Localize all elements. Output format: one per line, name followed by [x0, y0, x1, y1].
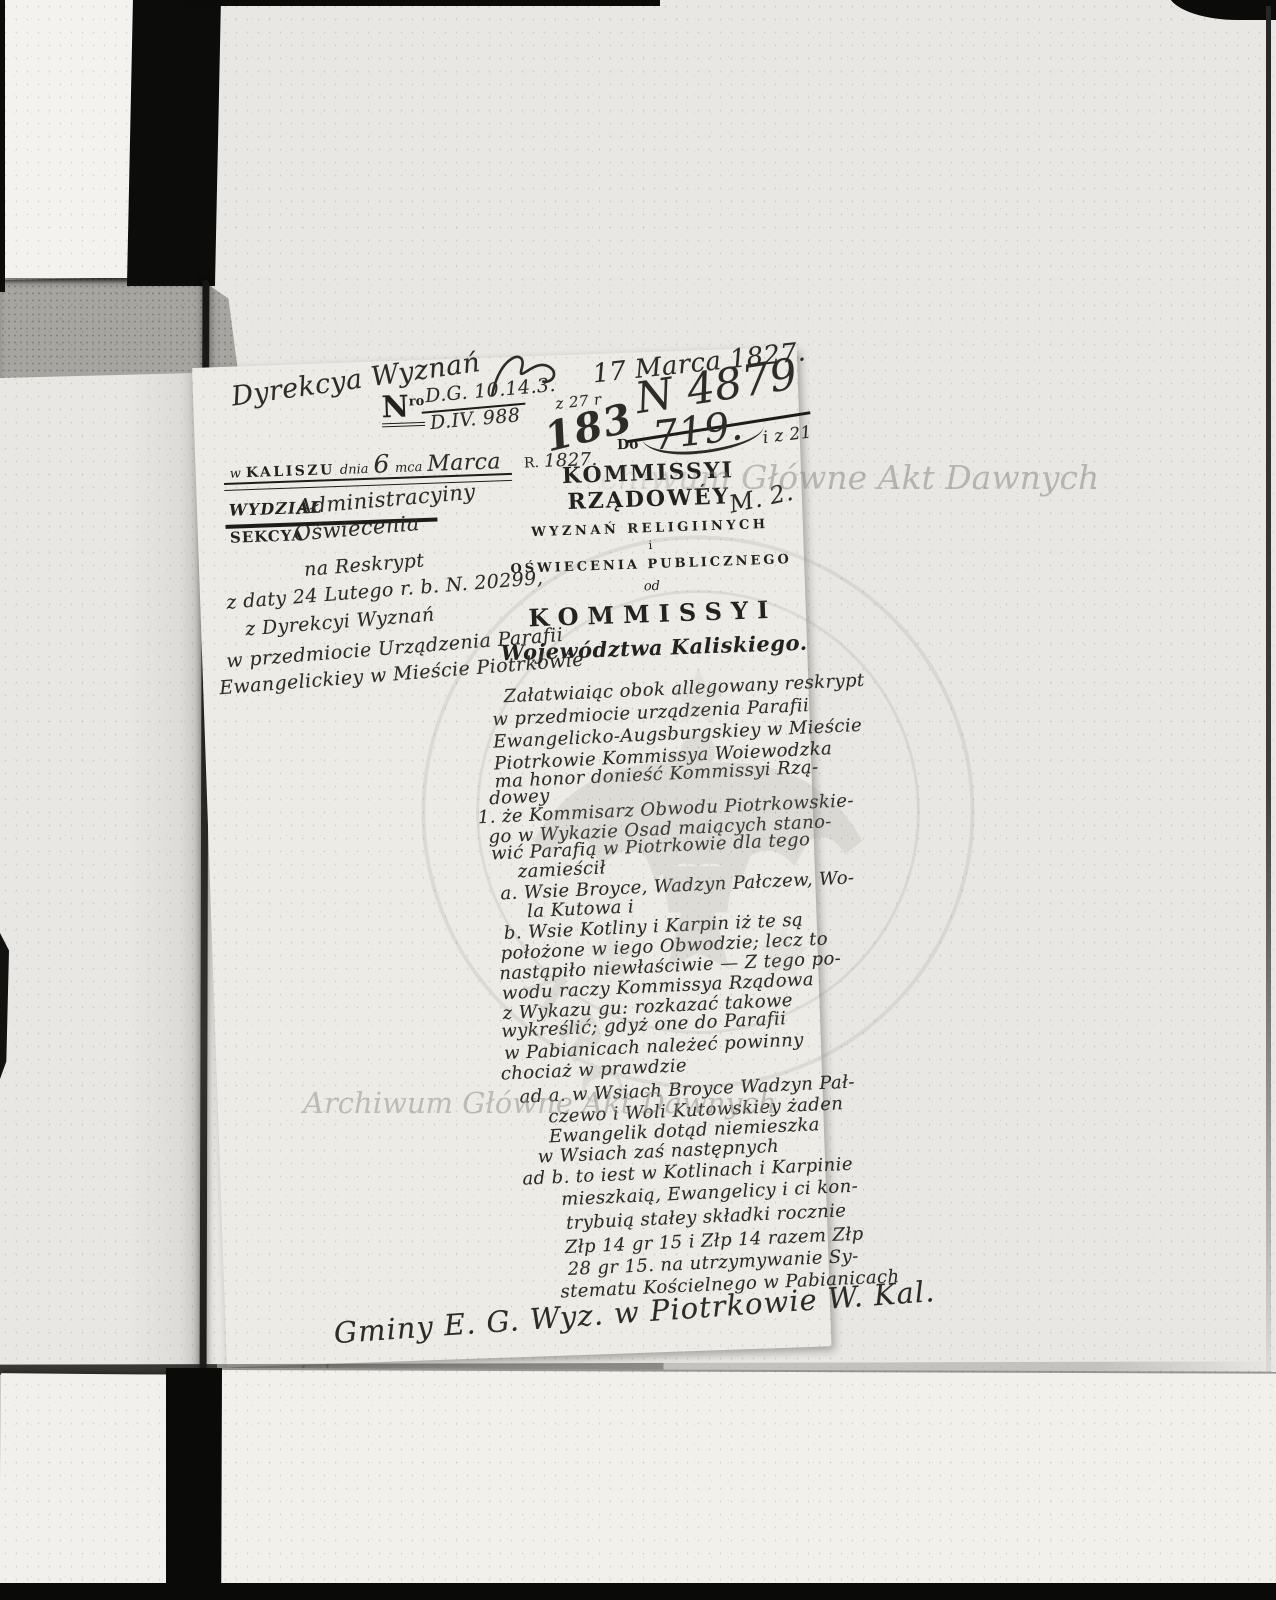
place-mca: mca	[395, 460, 423, 476]
film-corner-top-right	[1168, 0, 1276, 20]
overlapping-paper-corner	[2, 0, 134, 278]
place-city: KALISZU	[246, 462, 335, 481]
do-label: Do	[617, 436, 639, 453]
number-label-sup: ro	[408, 394, 424, 410]
reference-line: na Reskrypt	[303, 549, 425, 580]
bottom-film-gap	[166, 1368, 224, 1600]
number-label: Nro	[381, 392, 425, 427]
letter-sheet: Dyrekcya Wyznań 17 Marca 1827. Nro D.G. …	[192, 347, 832, 1368]
scanned-document-page: Dyrekcya Wyznań 17 Marca 1827. Nro D.G. …	[0, 0, 1276, 1600]
place-dnia: dnia	[340, 462, 369, 478]
left-book-page	[0, 272, 206, 1378]
film-edge-bottom	[0, 1583, 1276, 1600]
number-fraction-bottom: D.IV. 988	[429, 404, 521, 434]
number-label-n: N	[381, 389, 410, 425]
film-gap-band	[127, 0, 221, 286]
do-side-note: i z 21	[762, 422, 813, 448]
bottom-right-paper	[221, 1368, 1276, 1594]
bottom-left-paper	[0, 1373, 173, 1591]
place-day: 6	[373, 449, 390, 479]
film-edge-left	[0, 0, 5, 292]
page-edge-right	[1266, 6, 1271, 1416]
place-w: w	[229, 466, 241, 481]
film-edge-top	[186, 0, 660, 6]
